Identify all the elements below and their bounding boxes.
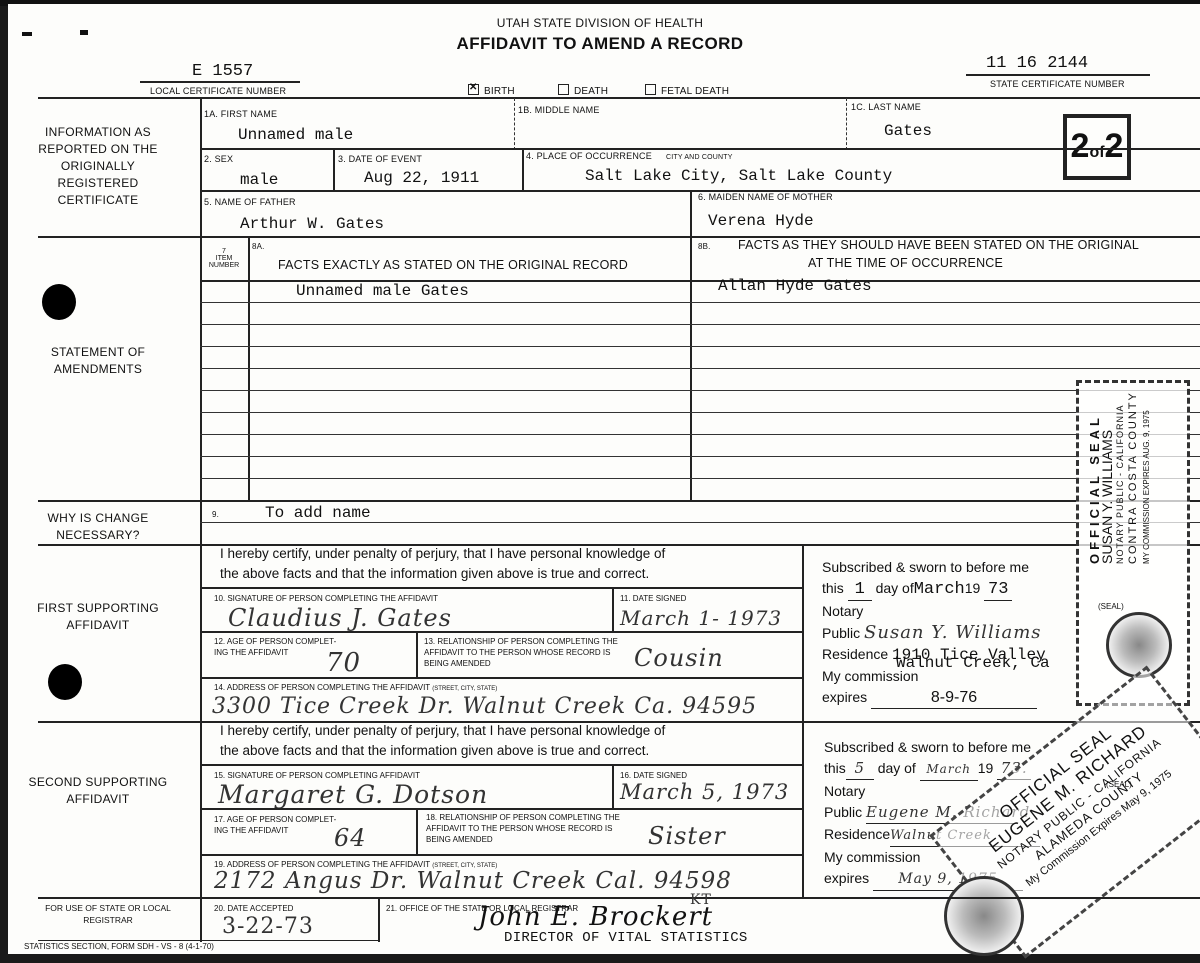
date-signed-value: March 5, 1973	[620, 780, 789, 804]
relationship-value: Cousin	[634, 644, 724, 672]
date-accepted-value: 3-22-73	[222, 914, 314, 939]
seal-1-text: OFFICIAL SEAL SUSAN Y. WILLIAMS NOTARY P…	[1088, 374, 1153, 564]
section-registrar: FOR USE OF STATE OR LOCAL REGISTRAR	[38, 902, 178, 926]
age-label: 12. AGE OF PERSON COMPLET-ING THE AFFIDA…	[214, 636, 336, 658]
certify-text-1: I hereby certify, under penalty of perju…	[220, 546, 665, 561]
section-first-affidavit: FIRST SUPPORTING AFFIDAVIT	[28, 600, 168, 634]
registrar-title: DIRECTOR OF VITAL STATISTICS	[504, 930, 748, 946]
middle-name-label: 1B. MIDDLE NAME	[518, 105, 600, 115]
section-second-affidavit: SECOND SUPPORTING AFFIDAVIT	[28, 774, 168, 808]
address-value: 3300 Tice Creek Dr. Walnut Creek Ca. 945…	[212, 694, 757, 719]
local-certificate-number: E 1557	[192, 62, 253, 81]
date-signed-label: 11. DATE SIGNED	[620, 594, 686, 603]
certify-text-2: the above facts and that the information…	[220, 566, 649, 581]
certify-text-2: the above facts and that the information…	[220, 743, 649, 758]
address-value: 2172 Angus Dr. Walnut Creek Cal. 94598	[214, 868, 732, 894]
signature-label: 10. SIGNATURE OF PERSON COMPLETING THE A…	[214, 594, 438, 603]
father-value: Arthur W. Gates	[240, 215, 384, 233]
section-reason: WHY IS CHANGE NECESSARY?	[28, 510, 168, 544]
form-id: STATISTICS SECTION, FORM SDH - VS - 8 (4…	[24, 942, 214, 951]
col-b-header-2: AT THE TIME OF OCCURRENCE	[808, 256, 1003, 270]
state-seal-icon	[944, 876, 1024, 956]
form-title: AFFIDAVIT TO AMEND A RECORD	[8, 34, 1192, 54]
notary-block-1: Subscribed & sworn to before me this 1 d…	[822, 557, 1046, 709]
checkbox-birth[interactable]: BIRTH	[468, 84, 515, 97]
reason-value: To add name	[265, 504, 371, 522]
state-certificate-label: STATE CERTIFICATE NUMBER	[990, 79, 1125, 89]
father-label: 5. NAME OF FATHER	[204, 197, 296, 207]
date-signed-value: March 1- 1973	[620, 606, 782, 630]
sex-label: 2. SEX	[204, 154, 233, 164]
affidavit-form: UTAH STATE DIVISION OF HEALTH AFFIDAVIT …	[8, 4, 1200, 954]
relationship-value: Sister	[648, 822, 726, 850]
checkbox-death[interactable]: DEATH	[558, 84, 608, 97]
registrar-signature: John E. Brockert	[478, 902, 713, 932]
punch-hole	[42, 284, 76, 320]
state-seal-icon	[1106, 612, 1172, 678]
sex-value: male	[240, 171, 278, 189]
place-label: 4. PLACE OF OCCURRENCECITY AND COUNTY	[526, 151, 733, 161]
agency-name: UTAH STATE DIVISION OF HEALTH	[8, 16, 1192, 30]
mother-value: Verena Hyde	[708, 212, 814, 230]
date-of-event-label: 3. DATE OF EVENT	[338, 154, 422, 164]
section-amendments: STATEMENT OF AMENDMENTS	[28, 344, 168, 378]
mother-label: 6. MAIDEN NAME OF MOTHER	[698, 192, 833, 202]
empty-box-icon	[558, 84, 569, 95]
certify-text-1: I hereby certify, under penalty of perju…	[220, 723, 665, 738]
last-name-label: 1C. LAST NAME	[851, 102, 921, 112]
first-name-label: 1A. FIRST NAME	[204, 109, 277, 119]
section-original-info: INFORMATION AS REPORTED ON THE ORIGINALL…	[28, 124, 168, 209]
age-label: 17. AGE OF PERSON COMPLET-ING THE AFFIDA…	[214, 814, 336, 836]
checkbox-fetal-death[interactable]: FETAL DEATH	[645, 84, 729, 97]
page-stamp: 2of2	[1063, 114, 1131, 180]
state-certificate-number: 11 16 2144	[986, 54, 1088, 73]
signature-value: Margaret G. Dotson	[218, 780, 488, 809]
relationship-label: 18. RELATIONSHIP OF PERSON COMPLETING TH…	[426, 812, 620, 845]
col-b-header-1: FACTS AS THEY SHOULD HAVE BEEN STATED ON…	[738, 238, 1139, 252]
signature-value: Claudius J. Gates	[228, 604, 452, 632]
relationship-label: 13. RELATIONSHIP OF PERSON COMPLETING TH…	[424, 636, 618, 669]
age-value: 70	[326, 648, 361, 678]
amendment-corrected-value: Allan Hyde Gates	[718, 277, 872, 295]
signature-label: 15. SIGNATURE OF PERSON COMPLETING AFFID…	[214, 771, 420, 780]
checked-box-icon	[468, 84, 479, 95]
punch-hole	[48, 664, 82, 700]
first-name-value: Unnamed male	[238, 126, 353, 144]
place-value: Salt Lake City, Salt Lake County	[585, 167, 892, 185]
item-number-label: 7ITEMNUMBER	[202, 248, 246, 269]
empty-box-icon	[645, 84, 656, 95]
col-a-header: FACTS EXACTLY AS STATED ON THE ORIGINAL …	[278, 258, 628, 272]
amendment-original-value: Unnamed male Gates	[296, 282, 469, 300]
registrar-initials: KT	[690, 892, 712, 908]
last-name-value: Gates	[884, 122, 932, 140]
local-certificate-label: LOCAL CERTIFICATE NUMBER	[150, 86, 286, 96]
age-value: 64	[334, 824, 367, 852]
date-of-event-value: Aug 22, 1911	[364, 169, 479, 187]
date-accepted-label: 20. DATE ACCEPTED	[214, 904, 293, 913]
date-signed-label: 16. DATE SIGNED	[620, 771, 687, 780]
address-label: 14. ADDRESS OF PERSON COMPLETING THE AFF…	[214, 683, 497, 692]
